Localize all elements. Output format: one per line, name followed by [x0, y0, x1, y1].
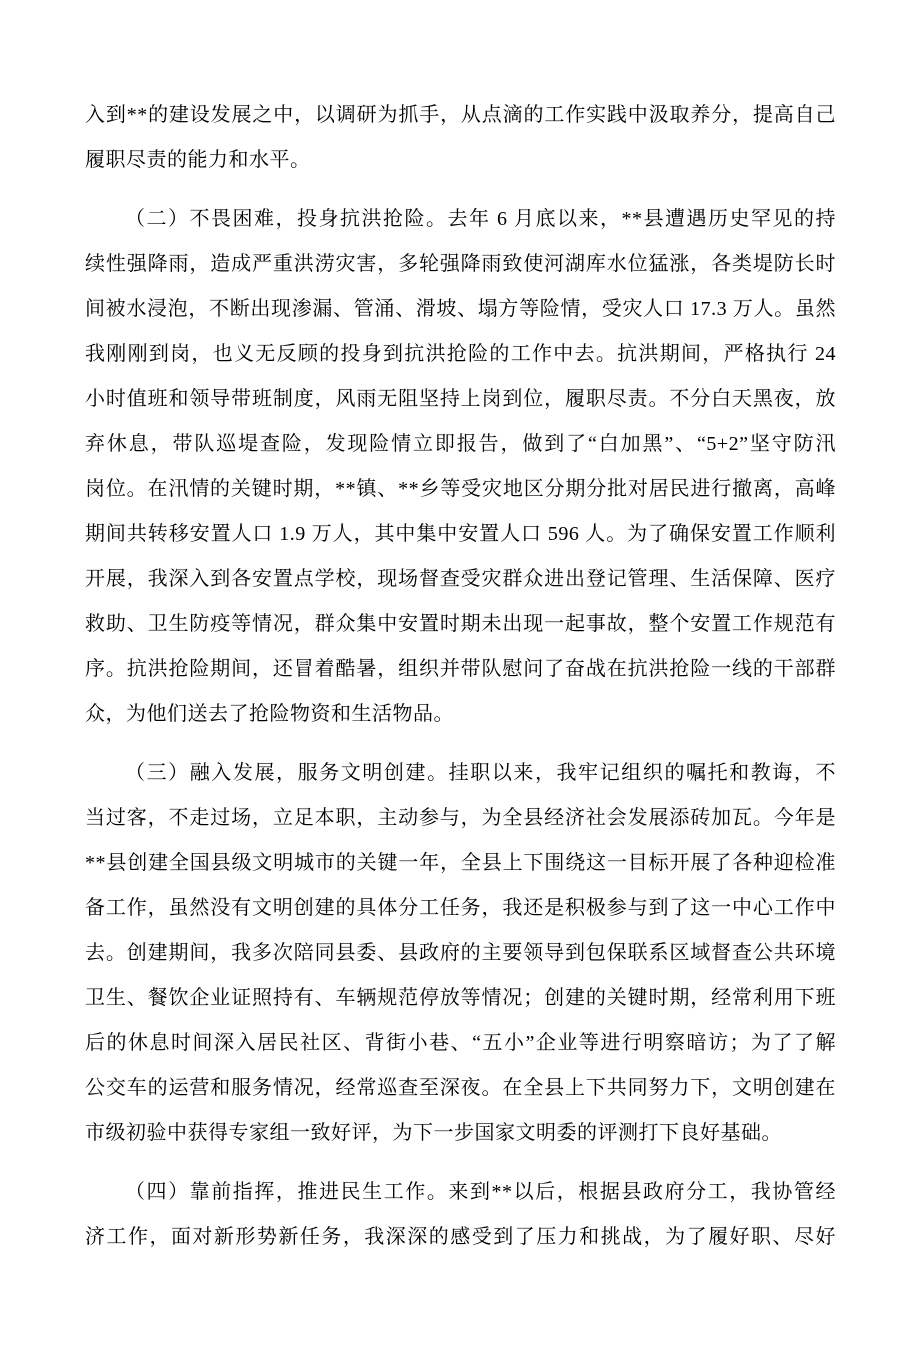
text-line: 弃休息，带队巡堤查险，发现险情立即报告，做到了“白加黑”、“5+2”坚守防汛: [85, 422, 836, 467]
paragraph: （二）不畏困难，投身抗洪抢险。去年 6 月底以来，**县遭遇历史罕见的持续性强降…: [85, 197, 836, 737]
text-line: （三）融入发展，服务文明创建。挂职以来，我牢记组织的嘱托和教诲，不: [85, 751, 836, 796]
text-line: 当过客，不走过场，立足本职，主动参与，为全县经济社会发展添砖加瓦。今年是: [85, 796, 836, 841]
document-page: 入到**的建设发展之中，以调研为抓手，从点滴的工作实践中汲取养分，提高自己履职尽…: [0, 0, 920, 1361]
text-line: 岗位。在汛情的关键时期，**镇、**乡等受灾地区分期分批对居民进行撤离，高峰: [85, 467, 836, 512]
text-line: 我刚刚到岗，也义无反顾的投身到抗洪抢险的工作中去。抗洪期间，严格执行 24: [85, 332, 836, 377]
text-line: 济工作，面对新形势新任务，我深深的感受到了压力和挑战，为了履好职、尽好责，: [85, 1215, 836, 1260]
text-line: 去。创建期间，我多次陪同县委、县政府的主要领导到包保联系区域督查公共环境: [85, 931, 836, 976]
text-line: 开展，我深入到各安置点学校，现场督查受灾群众进出登记管理、生活保障、医疗: [85, 557, 836, 602]
text-line: 救助、卫生防疫等情况，群众集中安置时期未出现一起事故，整个安置工作规范有: [85, 602, 836, 647]
text-line: 间被水浸泡，不断出现渗漏、管涌、滑坡、塌方等险情，受灾人口 17.3 万人。虽然: [85, 287, 836, 332]
text-line: 众，为他们送去了抢险物资和生活物品。: [85, 692, 836, 737]
document-body: 入到**的建设发展之中，以调研为抓手，从点滴的工作实践中汲取养分，提高自己履职尽…: [0, 0, 920, 1260]
text-line: 公交车的运营和服务情况，经常巡查至深夜。在全县上下共同努力下，文明创建在: [85, 1066, 836, 1111]
text-line: 序。抗洪抢险期间，还冒着酷暑，组织并带队慰问了奋战在抗洪抢险一线的干部群: [85, 647, 836, 692]
text-line: 续性强降雨，造成严重洪涝灾害，多轮强降雨致使河湖库水位猛涨，各类堤防长时: [85, 242, 836, 287]
text-line: 小时值班和领导带班制度，风雨无阻坚持上岗到位，履职尽责。不分白天黑夜，放: [85, 377, 836, 422]
text-line: 市级初验中获得专家组一致好评，为下一步国家文明委的评测打下良好基础。: [85, 1111, 836, 1156]
text-line: 备工作，虽然没有文明创建的具体分工任务，我还是积极参与到了这一中心工作中: [85, 886, 836, 931]
paragraph: （四）靠前指挥，推进民生工作。来到**以后，根据县政府分工，我协管经济工作，面对…: [85, 1170, 836, 1260]
text-line: 入到**的建设发展之中，以调研为抓手，从点滴的工作实践中汲取养分，提高自己: [85, 93, 836, 138]
text-line: **县创建全国县级文明城市的关键一年，全县上下围绕这一目标开展了各种迎检准: [85, 841, 836, 886]
text-line: 后的休息时间深入居民社区、背街小巷、“五小”企业等进行明察暗访；为了了解: [85, 1021, 836, 1066]
text-line: 期间共转移安置人口 1.9 万人，其中集中安置人口 596 人。为了确保安置工作…: [85, 512, 836, 557]
text-line: 履职尽责的能力和水平。: [85, 138, 836, 183]
paragraph: （三）融入发展，服务文明创建。挂职以来，我牢记组织的嘱托和教诲，不当过客，不走过…: [85, 751, 836, 1156]
text-line: （二）不畏困难，投身抗洪抢险。去年 6 月底以来，**县遭遇历史罕见的持: [85, 197, 836, 242]
text-line: （四）靠前指挥，推进民生工作。来到**以后，根据县政府分工，我协管经: [85, 1170, 836, 1215]
text-line: 卫生、餐饮企业证照持有、车辆规范停放等情况；创建的关键时期，经常利用下班: [85, 976, 836, 1021]
paragraph: 入到**的建设发展之中，以调研为抓手，从点滴的工作实践中汲取养分，提高自己履职尽…: [85, 93, 836, 183]
